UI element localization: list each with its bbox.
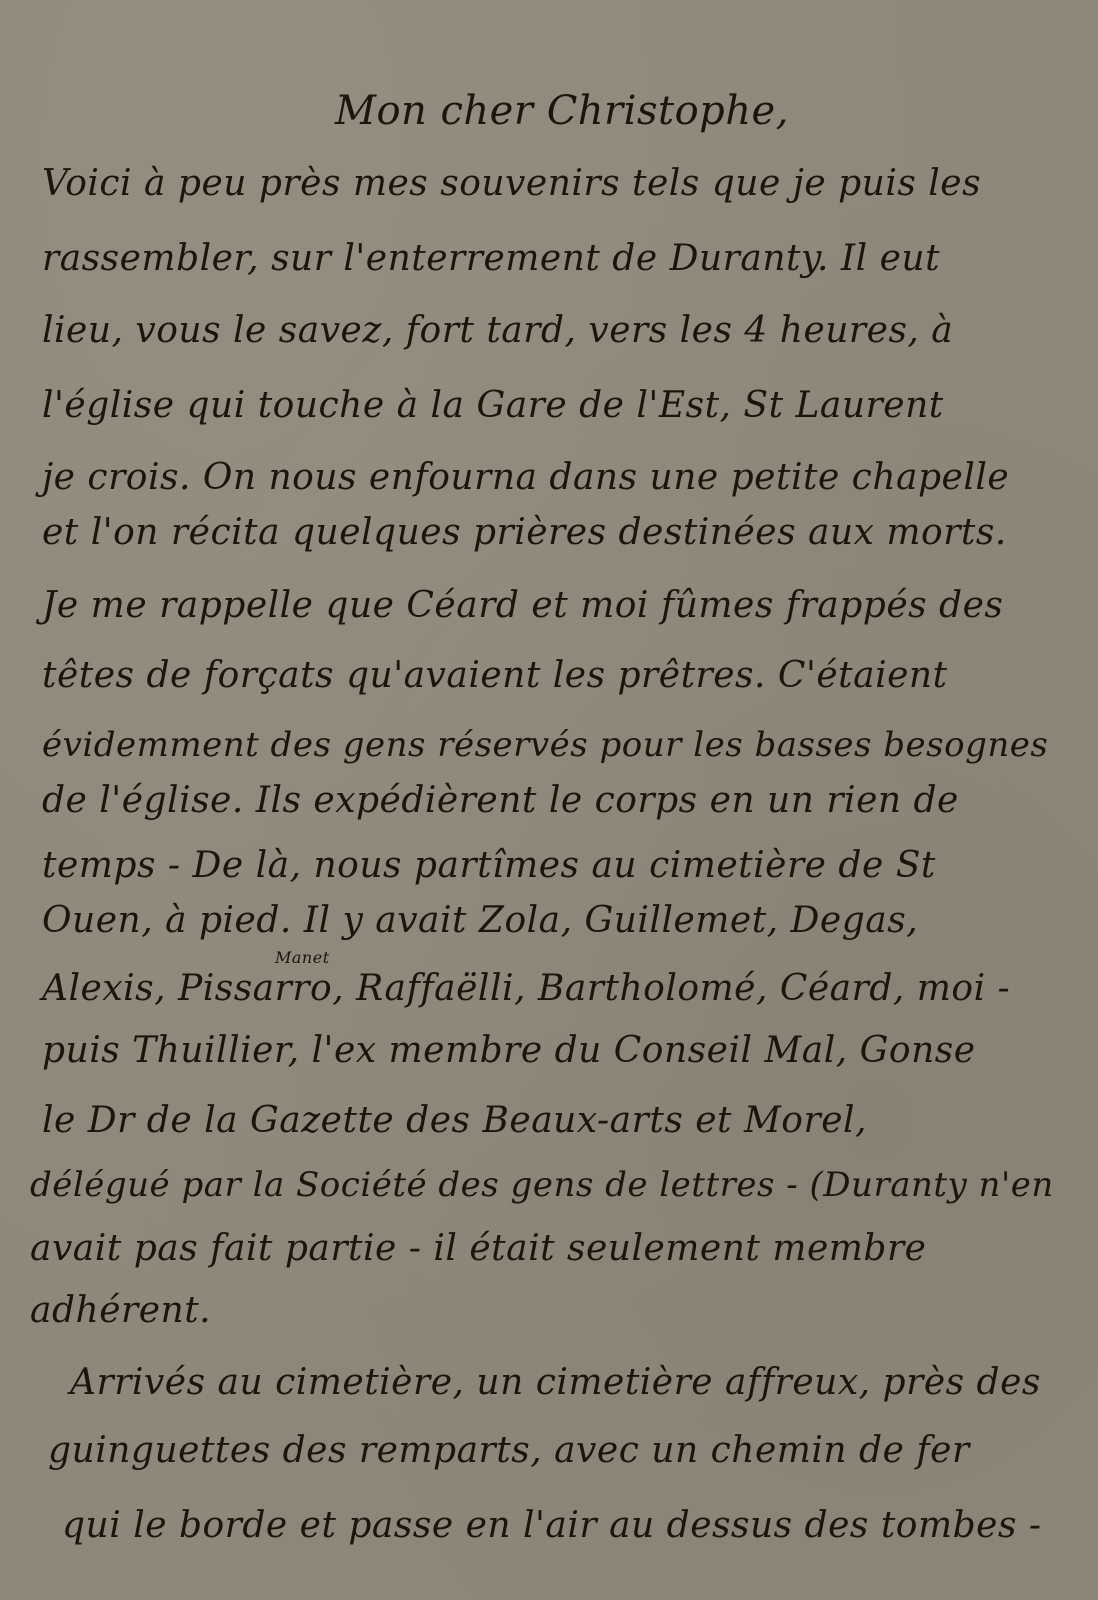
letter-line: têtes de forçats qu'avaient les prêtres.… bbox=[42, 655, 948, 696]
letter-line: l'église qui touche à la Gare de l'Est, … bbox=[42, 385, 944, 426]
letter-page: Mon cher Christophe, Voici à peu près me… bbox=[0, 0, 1098, 1600]
letter-line: temps - De là, nous partîmes au cimetièr… bbox=[42, 845, 936, 886]
letter-line: je crois. On nous enfourna dans une peti… bbox=[42, 457, 1009, 498]
letter-line: Arrivés au cimetière, un cimetière affre… bbox=[70, 1362, 1041, 1403]
letter-line: Ouen, à pied. Il y avait Zola, Guillemet… bbox=[42, 900, 918, 941]
letter-line: puis Thuillier, l'ex membre du Conseil M… bbox=[42, 1030, 976, 1071]
interlinear-note: Manet bbox=[275, 948, 330, 967]
letter-line: adhérent. bbox=[30, 1290, 211, 1331]
letter-line: Voici à peu près mes souvenirs tels que … bbox=[42, 163, 981, 204]
letter-line: qui le borde et passe en l'air au dessus… bbox=[62, 1505, 1042, 1546]
letter-line: avait pas fait partie - il était seuleme… bbox=[30, 1228, 926, 1269]
letter-line: le Dr de la Gazette des Beaux-arts et Mo… bbox=[42, 1100, 867, 1141]
letter-line: délégué par la Société des gens de lettr… bbox=[30, 1165, 1054, 1205]
letter-line: Je me rappelle que Céard et moi fûmes fr… bbox=[42, 585, 1003, 626]
letter-line: de l'église. Ils expédièrent le corps en… bbox=[42, 780, 959, 821]
letter-line: évidemment des gens réservés pour les ba… bbox=[42, 725, 1048, 765]
salutation: Mon cher Christophe, bbox=[335, 88, 789, 134]
letter-line: guinguettes des remparts, avec un chemin… bbox=[48, 1430, 970, 1471]
letter-line: et l'on récita quelques prières destinée… bbox=[42, 512, 1007, 553]
letter-line: lieu, vous le savez, fort tard, vers les… bbox=[42, 310, 953, 351]
letter-line: rassembler, sur l'enterrement de Duranty… bbox=[42, 238, 940, 279]
letter-line: Alexis, Pissarro, Raffaëlli, Bartholomé,… bbox=[42, 968, 1010, 1009]
